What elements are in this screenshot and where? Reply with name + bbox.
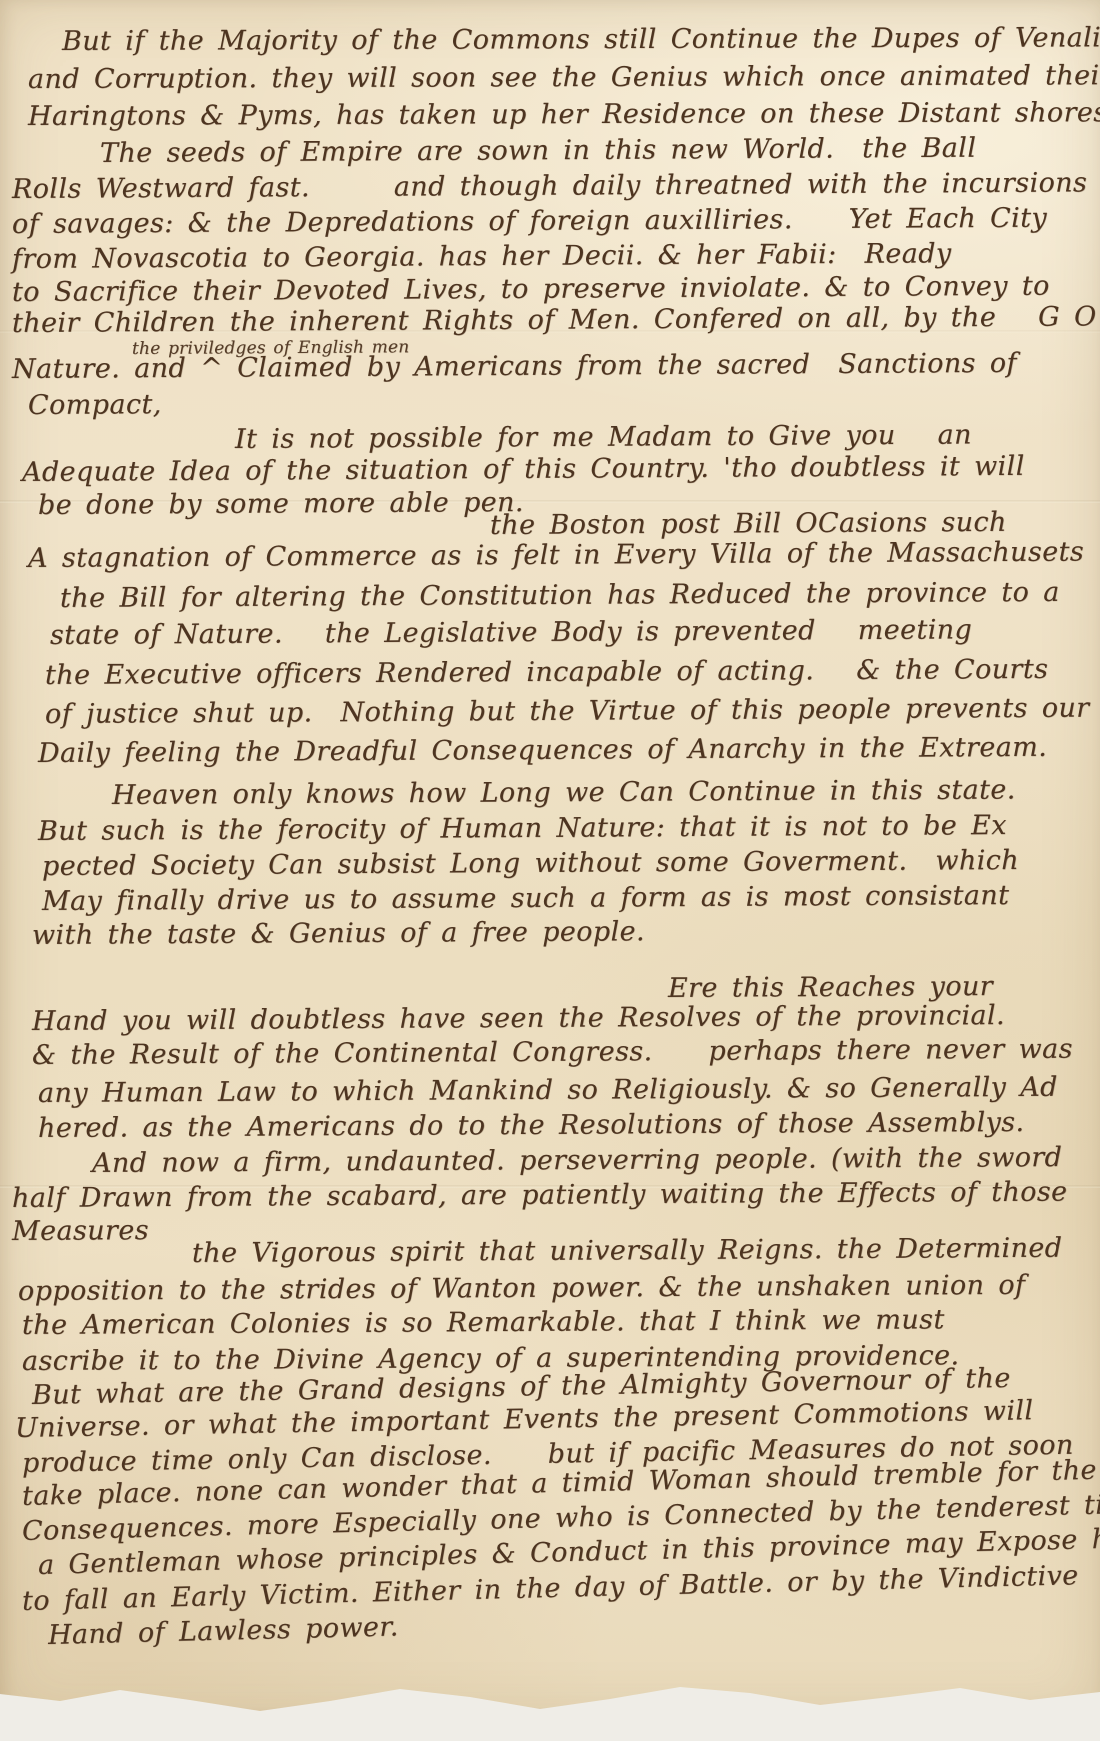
manuscript-line: Measures [12, 1215, 149, 1247]
manuscript-line: and Corruption. they will soon see the G… [28, 60, 1100, 95]
manuscript-line: Nature. and ^ Claimed by Americans from … [12, 348, 1017, 385]
manuscript-line: of savages: & the Depredations of foreig… [12, 203, 1047, 240]
manuscript-line: with the taste & Genius of a free people… [32, 916, 645, 951]
manuscript-line: the Executive officers Rendered incapabl… [45, 654, 1049, 691]
manuscript-line: state of Nature. the Legislative Body is… [50, 614, 972, 651]
manuscript-line: pected Society Can subsist Long without … [42, 845, 1019, 882]
manuscript-line: It is not possible for me Madam to Give … [235, 419, 972, 455]
manuscript-line: Hand of Lawless power. [48, 1611, 399, 1651]
manuscript-line: opposition to the strides of Wanton powe… [18, 1270, 1026, 1307]
manuscript-line: the Bill for altering the Constitution h… [60, 577, 1060, 614]
manuscript-line: Heaven only knows how Long we Can Contin… [112, 774, 1016, 811]
manuscript-line: But if the Majority of the Commons still… [62, 22, 1100, 57]
manuscript-text: But if the Majority of the Commons still… [0, 0, 1100, 1720]
manuscript-line: The seeds of Empire are sown in this new… [100, 133, 977, 169]
manuscript-line: Haringtons & Pyms, has taken up her Resi… [28, 97, 1100, 132]
scanned-document: But if the Majority of the Commons still… [0, 0, 1100, 1741]
manuscript-line: any Human Law to which Mankind so Religi… [38, 1072, 1058, 1109]
manuscript-line: their Children the inherent Rights of Me… [12, 301, 1100, 339]
manuscript-line: the Vigorous spirit that universally Rei… [192, 1233, 1063, 1269]
manuscript-line: of justice shut up. Nothing but the Virt… [45, 693, 1090, 730]
manuscript-line: from Novascotia to Georgia. has her Deci… [12, 238, 952, 275]
manuscript-line: Ere this Reaches your [668, 971, 993, 1004]
manuscript-line: Rolls Westward fast. and though daily th… [12, 167, 1087, 205]
manuscript-line: be done by some more able pen. [38, 487, 524, 521]
manuscript-line: Compact, [28, 389, 162, 421]
manuscript-line: the Boston post Bill OCasions such [490, 507, 1007, 541]
manuscript-line: And now a firm, undaunted. perseverring … [92, 1142, 1062, 1179]
manuscript-line: & the Result of the Continental Congress… [32, 1034, 1073, 1071]
manuscript-line: Daily feeling the Dreadful Consequences … [38, 732, 1047, 769]
manuscript-line: the American Colonies is so Remarkable. … [22, 1304, 945, 1341]
manuscript-line: May finally drive us to assume such a fo… [42, 880, 1010, 917]
manuscript-line: Hand you will doubtless have seen the Re… [32, 1000, 1005, 1037]
manuscript-line: hered. as the Americans do to the Resolu… [38, 1107, 1025, 1144]
manuscript-line: half Drawn from the scabard, are patient… [12, 1177, 1068, 1214]
manuscript-line: A stagnation of Commerce as is felt in E… [28, 537, 1084, 574]
manuscript-line: Adequate Idea of the situation of this C… [22, 451, 1025, 488]
manuscript-page: But if the Majority of the Commons still… [0, 0, 1100, 1720]
manuscript-line: But such is the ferocity of Human Nature… [38, 810, 1007, 847]
